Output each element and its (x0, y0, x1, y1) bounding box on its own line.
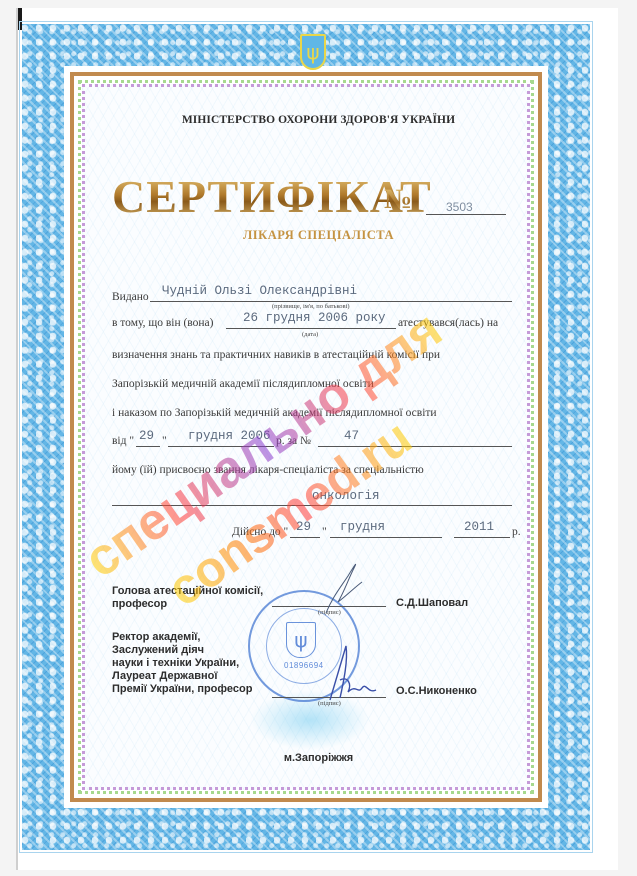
order-number-label: р. за № (276, 435, 311, 447)
valid-year-underline (454, 537, 510, 538)
attestation-date: 26 грудня 2006 року (243, 311, 386, 325)
specialty-underline (112, 505, 512, 506)
issued-label: Видано (112, 291, 149, 303)
signatory-2-name: О.С.Никоненко (396, 685, 477, 697)
body-line-7: йому (їй) присвоєно звання лікаря-спеціа… (112, 464, 424, 476)
signatory-2-title-line: Ректор академії, (112, 631, 252, 644)
issued-hint: (прізвище, ім'я, по батькові) (272, 303, 350, 310)
order-month-year: грудня 2006 (188, 429, 271, 443)
signature-2-scribble (318, 640, 388, 704)
order-day: 29 (139, 429, 154, 443)
valid-month-underline (330, 537, 442, 538)
stamp-trident-icon: ψ (286, 622, 316, 658)
valid-year: 2011 (464, 520, 494, 534)
valid-r: р. (512, 526, 521, 538)
body-line-4: Запорізькій медичній академії післядипло… (112, 378, 374, 390)
signatory-2-title-line: Заслужений діяч (112, 644, 252, 657)
that-label: в тому, що він (вона) (112, 317, 214, 329)
valid-day: 29 (296, 520, 311, 534)
valid-quote: " (322, 526, 327, 538)
valid-day-underline (290, 537, 320, 538)
order-month-underline (168, 446, 274, 447)
signatory-1-name: С.Д.Шаповал (396, 597, 468, 609)
specialty: онкологія (312, 489, 380, 503)
order-from-label: від " (112, 435, 134, 447)
ministry-heading: МІНІСТЕРСТВО ОХОРОНИ ЗДОРОВ'Я УКРАЇНИ (0, 114, 637, 126)
order-number: 47 (344, 429, 359, 443)
trident-emblem-icon: ψ (300, 34, 326, 70)
signatory-1-title-line: Голова атестаційної комісії, (112, 585, 263, 598)
valid-label: Дійсно до " (232, 526, 288, 538)
number-underline (426, 214, 506, 215)
date-underline (226, 328, 396, 329)
issued-underline (150, 301, 512, 302)
body-line-5: і наказом по Запорізькій медичній академ… (112, 407, 437, 419)
signatory-2-title-line: науки і техніки України, (112, 657, 252, 670)
order-day-underline (136, 446, 160, 447)
signatory-2-title-line: Лауреат Державної (112, 670, 252, 683)
signatory-2-title: Ректор академії, Заслужений діяч науки і… (112, 631, 252, 696)
order-quote: " (162, 435, 167, 447)
certificate-number: 3503 (446, 200, 473, 214)
signatory-1-title-line: професор (112, 598, 263, 611)
issued-to-name: Чудній Ользі Олександрівні (162, 284, 357, 298)
order-number-underline (318, 446, 512, 447)
valid-month: грудня (340, 520, 385, 534)
number-sign: № (384, 186, 412, 214)
signature-1-scribble (318, 558, 378, 618)
body-line-3: визначення знань та практичних навиків в… (112, 349, 440, 361)
city: м.Запоріжжя (0, 752, 637, 764)
date-hint: (дата) (302, 331, 318, 338)
signatory-2-title-line: Премії України, професор (112, 683, 252, 696)
signatory-1-title: Голова атестаційної комісії, професор (112, 585, 263, 611)
certificate-subtitle: ЛІКАРЯ СПЕЦІАЛІСТА (0, 228, 637, 243)
attested-label: атестувався(лась) на (398, 317, 498, 329)
